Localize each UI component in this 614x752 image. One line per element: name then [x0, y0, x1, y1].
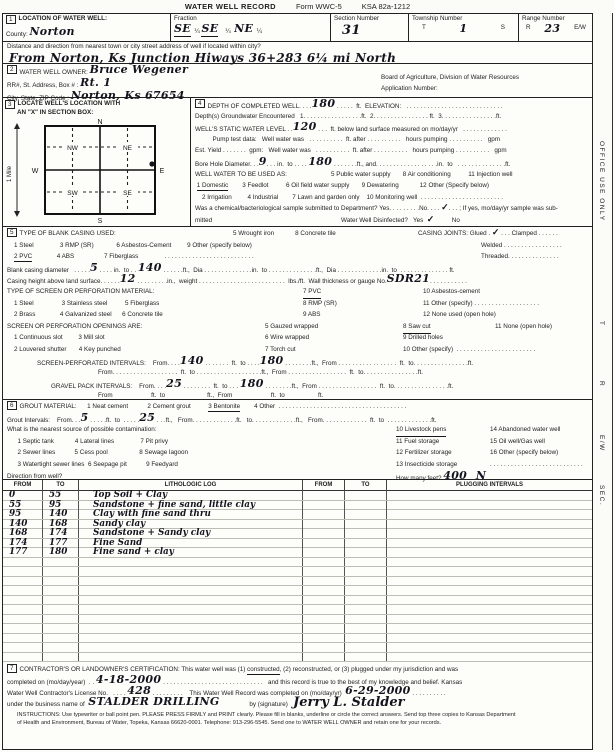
plug-interval-cell [387, 510, 592, 519]
litho-from-cell: 95 [3, 510, 43, 519]
quad-ne-label: NE [123, 145, 133, 152]
range-cell: Range Number R23E/W [519, 14, 593, 41]
owner-address-label: RR#, St. Address, Box # : [7, 82, 78, 89]
litho-to-cell: 180 [43, 548, 79, 557]
litho-log-cell [79, 653, 303, 662]
litho-from-cell: 177 [3, 548, 43, 557]
openings-heading: SCREEN OR PERFORATION OPENINGS ARE: [7, 323, 142, 330]
litho-to-cell [43, 634, 79, 643]
casing-row-3-pre [7, 253, 14, 260]
plug-interval-cell [387, 596, 592, 605]
pump-test-line: Pump test data: Well water was . . . . .… [191, 134, 592, 146]
joints-rest: . . . Clamped . . . . . . [499, 230, 557, 237]
distance-row: Distance and direction from nearest town… [3, 42, 592, 64]
litho-to-cell: 55 [43, 491, 79, 500]
litho-from-cell [3, 577, 43, 586]
table-row [3, 653, 592, 663]
litho-to-cell [43, 586, 79, 595]
plug-interval-cell [387, 501, 592, 510]
spi-heading: SCREEN-PERFORATED INTERVALS: [7, 360, 146, 367]
screen-none: 12 None used (open hole) [423, 309, 496, 321]
section-number-cell: Section Number 31 [331, 14, 409, 41]
plug-interval-cell [387, 558, 592, 567]
casing-depth-value: 140 [138, 261, 162, 274]
contamination-other: 16 Other (specify below) [490, 447, 558, 459]
spi-from: From. . . . [146, 360, 180, 367]
plug-interval-cell [387, 653, 592, 662]
table-row [3, 586, 592, 596]
litho-to-cell [43, 605, 79, 614]
owner-row: 2WATER WELL OWNER: Bruce Wegener RR#, St… [3, 64, 592, 98]
table-row: 140168Sandy clay [3, 520, 592, 530]
litho-log-cell: Fine sand + clay [79, 548, 303, 557]
county-label: County: [6, 31, 28, 38]
bore-diameter-value: 9 [259, 155, 267, 168]
plug-from-cell [303, 615, 345, 624]
litho-from-cell [3, 596, 43, 605]
casing-section: 5TYPE OF BLANK CASING USED:5 Wrought iro… [3, 227, 592, 400]
openings-row-2: 2 Louvered shutter 4 Key punched [7, 346, 121, 353]
locate-heading-1: LOCATE WELL'S LOCATION WITH [18, 100, 121, 107]
litho-log-cell [79, 605, 303, 614]
lithologic-table-header: FROM TO LITHOLOGIC LOG FROM TO PLUGGING … [3, 480, 592, 491]
grout-to-value: 25 [139, 411, 155, 424]
casing-opts: 5 Wrought iron 8 Concrete tile [233, 228, 336, 240]
range-r: R [526, 24, 531, 35]
township-value: 1 [459, 23, 467, 34]
table-row [3, 643, 592, 653]
plug-interval-cell [387, 491, 592, 500]
office-use-strip: OFFICE USE ONLY T R E/W SEC. [595, 13, 613, 750]
litho-log-cell [79, 615, 303, 624]
openings-wire: 6 Wire wrapped [265, 332, 309, 344]
plug-to-cell [345, 529, 387, 538]
gpi-from: From. . . . [132, 383, 166, 390]
depth-value: 180 [311, 97, 335, 110]
section3-number: 3 [5, 100, 15, 109]
casing-dia-label: Blank casing diameter . . . . . [7, 267, 90, 274]
plug-interval-cell [387, 643, 592, 652]
litho-log-cell: Sandstone + Sandy clay [79, 529, 303, 538]
location-row: 1LOCATION OF WATER WELL: County: Norton … [3, 14, 592, 42]
contamination-dots: . . . . . . . . . . . . . . . . . . . . … [490, 459, 583, 471]
plug-from-cell [303, 634, 345, 643]
section-box-diagram: 1 Mile NW NE SW SE N S W E [5, 116, 191, 226]
cert-business-name: STALDER DRILLING [88, 695, 219, 708]
contamination-oilwell: 15 Oil well/Gas well [490, 436, 545, 448]
casing-pvc: 2 PVC [14, 253, 32, 262]
section-box-cell: 3LOCATE WELL'S LOCATION WITH AN "X" IN S… [3, 98, 191, 226]
grout-intervals-label: Grout Intervals: From. . . [7, 417, 80, 424]
spi-from-value: 140 [180, 354, 204, 367]
form-title-bar: WATER WELL RECORD Form WWC-5 KSA 82a-121… [0, 2, 595, 11]
litho-to-cell [43, 567, 79, 576]
screen-row-2: 2 Brass 4 Galvanized steel 6 Concrete ti… [7, 311, 163, 318]
plug-from-cell [303, 548, 345, 557]
bore-mid: . . . in. to . . . . [267, 161, 309, 168]
grout-bentonite: 3 Bentonite [208, 403, 240, 412]
gpi-to-value: 180 [240, 377, 264, 390]
section-number-value: 31 [342, 23, 361, 38]
plug-interval-cell [387, 548, 592, 557]
plug-to-cell [345, 539, 387, 548]
litho-from-cell [3, 567, 43, 576]
plug-from-cell [303, 520, 345, 529]
use-domestic: 1 Domestic [197, 182, 229, 191]
gpi-rest: . . . . . . . .ft., From . . . . . . . .… [264, 383, 454, 390]
form-title: WATER WELL RECORD [185, 2, 276, 11]
litho-to-cell: 174 [43, 529, 79, 538]
cert-signature: Jerry L. Stalder [293, 695, 404, 710]
instructions-line-2: of Health and Environment, Bureau of Wat… [17, 720, 586, 728]
casing-heading: TYPE OF BLANK CASING USED: [20, 230, 116, 237]
casing-height-label: Casing height above land surface. . . . … [7, 278, 120, 285]
range-label: Range Number [522, 15, 590, 22]
static-rest: . . . ft. below land surface measured on… [317, 126, 507, 133]
plug-from-cell [303, 567, 345, 576]
litho-log-cell [79, 558, 303, 567]
gpi-mid: . . . . . . . . ft. to . . . [182, 383, 240, 390]
litho-from-cell [3, 586, 43, 595]
spi-rest: . . . . . . . .ft., From . . . . . . . .… [284, 360, 474, 367]
plug-interval-cell [387, 605, 592, 614]
cert-text-4b: by (signature) [220, 701, 294, 708]
casing-height-rest: . . . . . . . . . . . [430, 278, 467, 285]
table-row [3, 615, 592, 625]
fraction-3: NE [234, 22, 253, 35]
plug-from-cell [303, 624, 345, 633]
distance-label: Distance and direction from nearest town… [7, 43, 588, 50]
litho-log-cell [79, 634, 303, 643]
sample-mitted: mitted [195, 217, 212, 224]
casing-row-2: 1 Steel 3 RMP (SR) 6 Asbestos-Cement 9 O… [7, 242, 252, 249]
col-from-2: FROM [303, 480, 345, 491]
grout-opts-1: 1 Neat cement 2 Cement grout [77, 403, 209, 410]
plug-from-cell [303, 501, 345, 510]
south-label: S [98, 218, 103, 225]
litho-from-cell [3, 653, 43, 662]
litho-to-cell [43, 653, 79, 662]
casing-row-3: 4 ABS 7 Fiberglass . . . . . . . . . . .… [32, 253, 254, 260]
form-ksa: KSA 82a-1212 [362, 2, 410, 11]
plug-to-cell [345, 586, 387, 595]
grout-mid: . . . . .ft. to . . . . . [88, 417, 139, 424]
table-row [3, 605, 592, 615]
plug-to-cell [345, 548, 387, 557]
township-cell: Township Number T1S [409, 14, 519, 41]
fraction-1: SE [174, 22, 191, 37]
range-value: 23 [544, 23, 560, 34]
table-row [3, 567, 592, 577]
owner-heading: WATER WELL OWNER: [20, 69, 88, 76]
plug-interval-cell [387, 577, 592, 586]
plug-to-cell [345, 501, 387, 510]
plug-to-cell [345, 643, 387, 652]
plug-from-cell [303, 605, 345, 614]
disinfected-label: Water Well Disinfected? Yes [341, 217, 427, 224]
litho-from-cell: 168 [3, 529, 43, 538]
litho-from-cell [3, 558, 43, 567]
plug-from-cell [303, 643, 345, 652]
cert-text-1b: , (2) reconstructed, or (3) plugged unde… [280, 666, 459, 673]
instructions-block: INSTRUCTIONS: Use typewriter or ball poi… [17, 712, 586, 727]
well-details-cell: 4DEPTH OF COMPLETED WELL. . . .180 . . .… [191, 98, 592, 226]
grout-heading: GROUT MATERIAL: [20, 403, 77, 410]
plug-to-cell [345, 577, 387, 586]
quad-sw-label: SW [67, 190, 78, 197]
openings-none: 11 None (open hole) [495, 321, 552, 333]
litho-log-cell: Clay with fine sand thru [79, 510, 303, 519]
cert-text-2b: . . . . . . . . . . . . . . . . . . . . … [161, 679, 462, 686]
plug-interval-cell [387, 529, 592, 538]
litho-to-cell [43, 643, 79, 652]
plug-to-cell [345, 624, 387, 633]
north-label: N [97, 119, 102, 126]
locate-heading-2: AN "X" IN SECTION BOX: [5, 109, 188, 116]
plug-to-cell [345, 558, 387, 567]
quarter-sign: ¼ [225, 28, 230, 35]
col-to-2: TO [345, 480, 387, 491]
table-row [3, 558, 592, 568]
contamination-row-1: 1 Septic tank 4 Lateral lines 7 Pit priv… [7, 438, 168, 445]
table-row: 168174Sandstone + Sandy clay [3, 529, 592, 539]
strip-t-label: T [598, 321, 605, 326]
table-row: 177180Fine sand + clay [3, 548, 592, 558]
gpi-heading: GRAVEL PACK INTERVALS: [7, 383, 132, 390]
range-ew: E/W [574, 24, 586, 35]
litho-to-cell [43, 624, 79, 633]
spi-to-value: 180 [260, 354, 284, 367]
plug-interval-cell [387, 615, 592, 624]
litho-from-cell [3, 624, 43, 633]
township-label: Township Number [412, 15, 515, 22]
openings-drilled: 9 Drilled holes [403, 332, 443, 344]
form-frame: 1LOCATION OF WATER WELL: County: Norton … [2, 13, 593, 750]
cert-text-2a: completed on (mo/day/year) . . [7, 679, 96, 686]
openings-other: 10 Other (specify) . . . . . . . . . . .… [403, 344, 535, 356]
mile-label: 1 Mile [7, 165, 13, 182]
table-row: 174177Fine Sand [3, 539, 592, 549]
litho-from-cell: 0 [3, 491, 43, 500]
litho-from-cell [3, 643, 43, 652]
section1-number: 1 [6, 15, 16, 24]
static-label: WELL'S STATIC WATER LEVEL . . [195, 126, 293, 133]
litho-to-cell: 140 [43, 510, 79, 519]
gpi-from-value: 25 [166, 377, 182, 390]
plug-from-cell [303, 558, 345, 567]
grout-opts-2: 4 Other . . . . . . . . . . . . . . . . … [240, 403, 406, 410]
quad-se-label: SE [123, 190, 132, 197]
use-row-2: 3 Feedlot 6 Oil field water supply 9 Dew… [228, 182, 489, 189]
litho-from-cell [3, 634, 43, 643]
contamination-fuel: 11 Fuel storage [396, 436, 439, 448]
sample-question: Was a chemical/bacteriological sample su… [195, 205, 441, 212]
grout-from-value: 5 [80, 411, 88, 424]
application-number-label: Application Number: [381, 85, 519, 92]
groundwater-line: Depth(s) Groundwater Encountered 1. . . … [191, 111, 592, 123]
plug-to-cell [345, 653, 387, 662]
strip-sec-label: SEC. [598, 485, 605, 506]
contamination-fertilizer: 12 Fertilizer storage [396, 447, 452, 459]
litho-from-cell [3, 605, 43, 614]
table-row [3, 596, 592, 606]
plug-from-cell [303, 596, 345, 605]
section3-4-row: 3LOCATE WELL'S LOCATION WITH AN "X" IN S… [3, 98, 592, 227]
quarter-sign: ¼ [257, 28, 262, 35]
plug-interval-cell [387, 567, 592, 576]
section-number-label: Section Number [334, 15, 405, 22]
litho-log-cell [79, 586, 303, 595]
litho-log-cell [79, 643, 303, 652]
west-label: W [32, 168, 39, 175]
gauge-value: SDR21 [387, 272, 430, 285]
litho-to-cell [43, 596, 79, 605]
spi-line-2: From. . . . . . . . . . . . . . . . . . … [3, 367, 592, 379]
joints-welded: Welded . . . . . . . . . . . . . . . . . [481, 240, 562, 252]
litho-from-cell [3, 615, 43, 624]
use-row-3: 2 Irrigation 4 Industrial 7 Lawn and gar… [191, 192, 592, 204]
plug-to-cell [345, 510, 387, 519]
fraction-label: Fraction [174, 15, 327, 22]
table-row [3, 634, 592, 644]
fraction-2: SE [201, 22, 218, 37]
casing-height-value: 12 [120, 272, 136, 285]
plug-to-cell [345, 596, 387, 605]
contamination-row-2: 2 Sewer lines 5 Cess pool 8 Sewage lagoo… [7, 449, 188, 456]
screen-rmp: 8 RMP (SR) [303, 298, 337, 310]
casing-dia-value: 5 [90, 261, 98, 274]
litho-to-cell [43, 577, 79, 586]
table-row: 5595Sandstone + fine sand, little clay [3, 501, 592, 511]
mile-arrow-down-icon [14, 211, 20, 217]
sample-no-checkmark: ✓ [441, 203, 449, 213]
sample-question-rest: . . . ; If yes, mo/day/yr sample was sub… [449, 205, 558, 212]
plug-to-cell [345, 567, 387, 576]
casing-height-mid: . . . . . . . . .in., weight . . . . . .… [136, 278, 387, 285]
county-value: Norton [29, 25, 74, 38]
quarter-sign: ¼ [194, 28, 199, 35]
litho-log-cell [79, 624, 303, 633]
contamination-abandoned: 14 Abandoned water well [490, 424, 560, 436]
plug-from-cell [303, 491, 345, 500]
static-value: 120 [293, 120, 317, 133]
plug-from-cell [303, 539, 345, 548]
openings-gauzed: 5 Gauzed wrapped [265, 321, 318, 333]
use-heading: WELL WATER TO BE USED AS: [195, 171, 287, 178]
screen-material-heading: TYPE OF SCREEN OR PERFORATION MATERIAL: [7, 288, 154, 295]
mile-arrow-up-icon [14, 123, 20, 129]
disinfected-no: No [434, 217, 460, 224]
bore-label: Bore Hole Diameter. . . [195, 161, 259, 168]
depth-label: DEPTH OF COMPLETED WELL. . . . [208, 103, 312, 110]
litho-log-cell [79, 567, 303, 576]
litho-to-cell [43, 558, 79, 567]
section7-number: 7 [7, 664, 17, 673]
contamination-label: What is the nearest source of possible c… [7, 426, 156, 433]
use-row-1: 5 Public water supply 8 Air conditioning… [331, 169, 513, 181]
location-heading: LOCATION OF WATER WELL: [19, 15, 108, 22]
screen-abs: 9 ABS [303, 309, 321, 321]
table-row [3, 624, 592, 634]
table-row [3, 577, 592, 587]
east-label: E [160, 168, 165, 175]
litho-log-cell: Top Soil + Clay [79, 491, 303, 500]
plug-from-cell [303, 653, 345, 662]
joints-threaded: Threaded. . . . . . . . . . . . . . . [481, 251, 559, 263]
table-row: 95140Clay with fine sand thru [3, 510, 592, 520]
plug-from-cell [303, 510, 345, 519]
cert-text-3c: . . . . . . . . . . [411, 690, 446, 697]
strip-r-label: R [598, 381, 605, 387]
plug-interval-cell [387, 586, 592, 595]
form-number: Form WWC-5 [296, 2, 342, 11]
table-row: 055Top Soil + Clay [3, 491, 592, 501]
township-s: S [501, 24, 505, 35]
plug-interval-cell [387, 624, 592, 633]
plug-to-cell [345, 615, 387, 624]
plug-interval-cell [387, 539, 592, 548]
est-yield-line: Est. Yield . . . . . . . gpm: Well water… [191, 145, 592, 157]
well-location-dot [149, 161, 154, 166]
plug-from-cell [303, 586, 345, 595]
distance-value: From Norton, Ks Junction Hiways 36+283 6… [9, 51, 396, 65]
board-label: Board of Agriculture, Division of Water … [381, 74, 519, 81]
section5-number: 5 [7, 228, 17, 237]
cert-text-1a: CONTRACTOR'S OR LANDOWNER'S CERTIFICATIO… [20, 666, 248, 673]
bore-depth-value: 180 [308, 155, 332, 168]
direction-label: Direction from well? [7, 473, 62, 480]
office-use-only-label: OFFICE USE ONLY [598, 141, 605, 222]
plug-to-cell [345, 491, 387, 500]
strip-ew-label: E/W [598, 435, 605, 452]
location-cell: 1LOCATION OF WATER WELL: County: Norton [3, 14, 171, 41]
certification-section: 7CONTRACTOR'S OR LANDOWNER'S CERTIFICATI… [3, 662, 592, 751]
section6-number: 6 [7, 401, 17, 410]
section2-number: 2 [7, 65, 17, 74]
instructions-line-1: INSTRUCTIONS: Use typewriter or ball poi… [17, 712, 586, 720]
grout-section: 6GROUT MATERIAL: 1 Neat cement 2 Cement … [3, 400, 592, 480]
section4-number: 4 [195, 99, 205, 108]
litho-to-cell [43, 615, 79, 624]
cert-constructed: constructed [247, 666, 280, 675]
plug-interval-cell [387, 634, 592, 643]
joints-label: CASING JOINTS: Glued . [418, 230, 492, 237]
plug-from-cell [303, 529, 345, 538]
contamination-row-3: 3 Watertight sewer lines 6 Seepage pit 9… [7, 461, 178, 468]
quad-nw-label: NW [67, 145, 79, 152]
screen-other: 11 Other (specify) . . . . . . . . . . .… [423, 298, 539, 310]
township-t: T [422, 24, 426, 35]
litho-log-cell [79, 577, 303, 586]
plug-interval-cell [387, 520, 592, 529]
plug-to-cell [345, 520, 387, 529]
spi-mid: . . . . . . . ft. to . . . . [204, 360, 260, 367]
owner-address-value: Rt. 1 [80, 76, 111, 89]
screen-asbestos: 10 Asbestos-cement [423, 286, 480, 298]
fraction-cell: Fraction SE ¼ SE ¼ NE ¼ [171, 14, 331, 41]
depth-rest: . . . . . ft. ELEVATION: . . . . . . . .… [335, 103, 502, 110]
lithologic-table: FROM TO LITHOLOGIC LOG FROM TO PLUGGING … [3, 480, 592, 662]
owner-value: Bruce Wegener [90, 63, 188, 76]
lithologic-table-body: 055Top Soil + Clay5595Sandstone + fine s… [3, 491, 592, 662]
grout-rest: . . .ft., From. . . . . . . . . . . . .f… [155, 417, 436, 424]
cert-text-4a: under the business name of [7, 701, 88, 708]
plug-to-cell [345, 605, 387, 614]
screen-row-1: 1 Steel 3 Stainless steel 5 Fiberglass [7, 300, 159, 307]
plug-from-cell [303, 577, 345, 586]
bore-rest: . . . . . . .ft., and. . . . . . . . . .… [332, 161, 510, 168]
plug-to-cell [345, 634, 387, 643]
